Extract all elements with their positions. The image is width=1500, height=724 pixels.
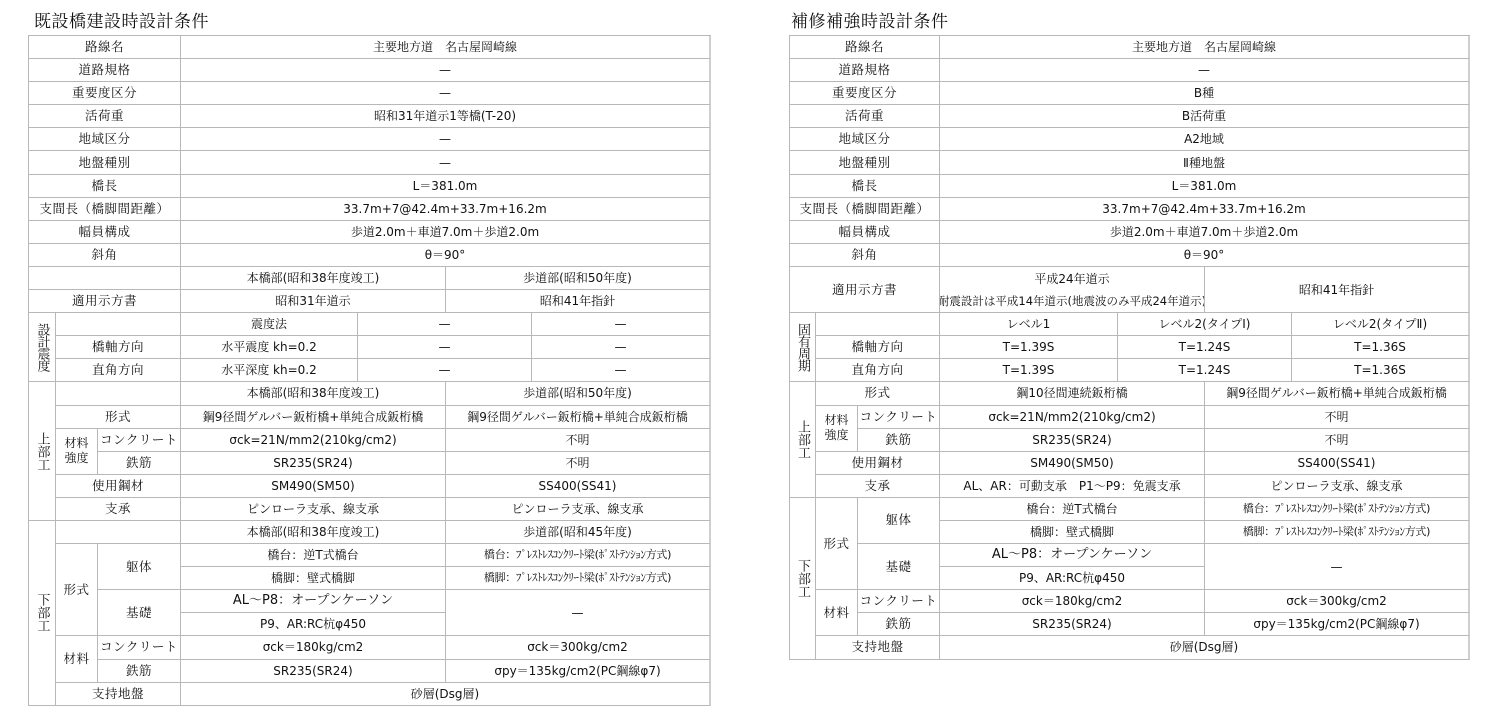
seismic-row-label: 直角方向 xyxy=(56,359,181,382)
row-label: 地域区分 xyxy=(29,128,181,151)
sub-rebar-label: 鉄筋 xyxy=(858,613,940,636)
row-value: 歩道2.0m＋車道7.0m＋歩道2.0m xyxy=(940,221,1470,244)
seismic-group-label: 設計震度 xyxy=(29,313,56,382)
main-bridge-header: 本橋部(昭和38年度竣工) xyxy=(181,267,446,290)
row-value: θ＝90° xyxy=(940,244,1470,267)
sub-concrete-main: σck＝180kg/cm2 xyxy=(940,590,1205,613)
super-type-main: 鋼9径間ゲルバー鈑桁橋+単純合成鈑桁橋 xyxy=(181,406,446,429)
body-main: 橋脚：壁式橋脚 xyxy=(940,521,1205,544)
ground-label: 支持地盤 xyxy=(56,683,181,706)
super-walk-header: 歩道部(昭和50年度) xyxy=(446,382,711,405)
row-value: L＝381.0m xyxy=(940,175,1470,198)
period-header-label xyxy=(816,313,940,336)
bearing-label: 支承 xyxy=(816,475,940,498)
super-type-walk: 鋼9径間ゲルバー鈑桁橋+単純合成鈑桁橋 xyxy=(1205,382,1470,405)
period-value: T=1.24S xyxy=(1118,336,1292,359)
row-value: — xyxy=(181,59,711,82)
foundation-main: P9、AR:RC杭φ450 xyxy=(940,567,1205,590)
bearing-walk: ピンローラ支承、線支承 xyxy=(1205,475,1470,498)
spec-main-line2: 耐震設計は平成14年道示(地震波のみ平成24年道示) xyxy=(940,290,1205,312)
sub-material-label: 材料 xyxy=(816,590,858,636)
steel-main: SM490(SM50) xyxy=(181,475,446,498)
sub-main-header: 本橋部(昭和38年度竣工) xyxy=(181,521,446,544)
period-level2-type1: レベル2(タイプⅠ) xyxy=(1118,313,1292,336)
ground-value: 砂層(Dsg層) xyxy=(940,636,1470,659)
superstructure-group-label: 上部工 xyxy=(790,382,816,497)
left-table-title: 既設橋建設時設計条件 xyxy=(34,11,209,33)
material-strength-label: 材料強度 xyxy=(56,429,98,475)
row-label: 幅員構成 xyxy=(29,221,181,244)
sub-material-label: 材料 xyxy=(56,636,98,682)
period-value: T=1.39S xyxy=(940,336,1118,359)
rebar-main: SR235(SR24) xyxy=(181,452,446,475)
row-value: θ＝90° xyxy=(181,244,711,267)
rebar-main: SR235(SR24) xyxy=(940,429,1205,452)
row-label: 活荷重 xyxy=(29,105,181,128)
right-design-conditions-table: 路線名 主要地方道 名古屋岡崎線 道路規格 — 重要度区分 B種 活荷重 B活荷… xyxy=(789,35,1470,660)
row-label: 路線名 xyxy=(29,36,181,59)
row-value: L＝381.0m xyxy=(181,175,711,198)
empty-cell xyxy=(29,267,181,290)
spec-main: 平成24年道示 耐震設計は平成14年道示(地震波のみ平成24年道示) xyxy=(940,267,1205,313)
seismic-value: — xyxy=(532,359,711,382)
foundation-label: 基礎 xyxy=(858,544,940,590)
period-level2-type2: レベル2(タイプⅡ) xyxy=(1292,313,1470,336)
period-value: T=1.24S xyxy=(1118,359,1292,382)
material-strength-label: 材料強度 xyxy=(816,406,858,452)
spec-walkway: 昭和41年指針 xyxy=(446,290,711,313)
foundation-walk: — xyxy=(1205,544,1470,590)
sub-type-label: 形式 xyxy=(816,498,858,590)
row-label: 地域区分 xyxy=(790,128,940,151)
sub-type-label: 形式 xyxy=(56,544,98,636)
sub-walk-header: 歩道部(昭和45年度) xyxy=(446,521,711,544)
substructure-group-label: 下部工 xyxy=(790,498,816,660)
super-type-main: 鋼10径間連続鈑桁橋 xyxy=(940,382,1205,405)
body-main: 橋台：逆T式橋台 xyxy=(940,498,1205,521)
period-value: T=1.36S xyxy=(1292,359,1470,382)
foundation-main: AL～P8：オープンケーソン xyxy=(181,590,446,613)
seismic-col3: — xyxy=(532,313,711,336)
spec-walkway: 昭和41年指針 xyxy=(1205,267,1470,313)
foundation-main: AL～P8：オープンケーソン xyxy=(940,544,1205,567)
sub-concrete-walk: σck＝300kg/cm2 xyxy=(446,636,711,659)
sub-rebar-main: SR235(SR24) xyxy=(940,613,1205,636)
row-value: — xyxy=(181,82,711,105)
row-value: 33.7m+7@42.4m+33.7m+16.2m xyxy=(940,198,1470,221)
row-value: 33.7m+7@42.4m+33.7m+16.2m xyxy=(181,198,711,221)
rebar-walk: 不明 xyxy=(1205,429,1470,452)
concrete-main: σck=21N/mm2(210kg/cm2) xyxy=(181,429,446,452)
bearing-walk: ピンローラ支承、線支承 xyxy=(446,498,711,521)
seismic-col2: — xyxy=(358,313,532,336)
row-value: B活荷重 xyxy=(940,105,1470,128)
row-label: 橋長 xyxy=(790,175,940,198)
spec-main: 昭和31年道示 xyxy=(181,290,446,313)
body-walk: 橋台：ﾌﾟﾚｽﾄﾚｽｺﾝｸﾘｰﾄ梁(ﾎﾟｽﾄﾃﾝｼｮﾝ方式) xyxy=(446,544,711,567)
steel-walk: SS400(SS41) xyxy=(1205,452,1470,475)
empty-cell xyxy=(56,521,181,544)
seismic-value: 水平深度 kh=0.2 xyxy=(181,359,358,382)
super-type-label: 形式 xyxy=(56,406,181,429)
seismic-value: — xyxy=(358,336,532,359)
natural-period-group-label: 固有周期 xyxy=(790,313,816,382)
period-row-label: 直角方向 xyxy=(816,359,940,382)
sub-concrete-walk: σck＝300kg/cm2 xyxy=(1205,590,1470,613)
body-main: 橋台：逆T式橋台 xyxy=(181,544,446,567)
seismic-value: 水平震度 kh=0.2 xyxy=(181,336,358,359)
rebar-walk: 不明 xyxy=(446,452,711,475)
concrete-label: コンクリート xyxy=(858,406,940,429)
super-main-header: 本橋部(昭和38年度竣工) xyxy=(181,382,446,405)
row-label: 道路規格 xyxy=(790,59,940,82)
substructure-group-label: 下部工 xyxy=(29,521,56,706)
body-walk: 橋台：ﾌﾟﾚｽﾄﾚｽｺﾝｸﾘｰﾄ梁(ﾎﾟｽﾄﾃﾝｼｮﾝ方式) xyxy=(1205,498,1470,521)
body-label: 躯体 xyxy=(98,544,181,590)
period-value: T=1.36S xyxy=(1292,336,1470,359)
walkway-header: 歩道部(昭和50年度) xyxy=(446,267,711,290)
row-value: — xyxy=(940,59,1470,82)
row-label: 幅員構成 xyxy=(790,221,940,244)
sub-concrete-label: コンクリート xyxy=(98,636,181,659)
seismic-header-label xyxy=(56,313,181,336)
foundation-label: 基礎 xyxy=(98,590,181,636)
row-value: — xyxy=(181,151,711,174)
empty-cell xyxy=(56,382,181,405)
seismic-method: 震度法 xyxy=(181,313,358,336)
row-label: 路線名 xyxy=(790,36,940,59)
row-value: — xyxy=(181,128,711,151)
body-walk: 橋脚：ﾌﾟﾚｽﾄﾚｽｺﾝｸﾘｰﾄ梁(ﾎﾟｽﾄﾃﾝｼｮﾝ方式) xyxy=(446,567,711,590)
sub-rebar-label: 鉄筋 xyxy=(98,660,181,683)
concrete-label: コンクリート xyxy=(98,429,181,452)
period-level1: レベル1 xyxy=(940,313,1118,336)
left-design-conditions-table: 路線名 主要地方道 名古屋岡崎線 道路規格 — 重要度区分 — 活荷重 昭和31… xyxy=(28,35,711,706)
sub-rebar-walk: σpy＝135kg/cm2(PC鋼線φ7) xyxy=(1205,613,1470,636)
row-label: 地盤種別 xyxy=(790,151,940,174)
row-label: 支間長（橋脚間距離） xyxy=(29,198,181,221)
seismic-value: — xyxy=(358,359,532,382)
row-value: B種 xyxy=(940,82,1470,105)
sub-rebar-walk: σpy＝135kg/cm2(PC鋼線φ7) xyxy=(446,660,711,683)
body-main: 橋脚：壁式橋脚 xyxy=(181,567,446,590)
period-value: T=1.39S xyxy=(940,359,1118,382)
concrete-walk: 不明 xyxy=(1205,406,1470,429)
period-row-label: 橋軸方向 xyxy=(816,336,940,359)
bearing-label: 支承 xyxy=(56,498,181,521)
row-label: 道路規格 xyxy=(29,59,181,82)
spec-label: 適用示方書 xyxy=(790,267,940,313)
steel-main: SM490(SM50) xyxy=(940,452,1205,475)
ground-label: 支持地盤 xyxy=(816,636,940,659)
body-label: 躯体 xyxy=(858,498,940,544)
row-label: 重要度区分 xyxy=(29,82,181,105)
foundation-walk: — xyxy=(446,590,711,636)
sub-concrete-main: σck＝180kg/cm2 xyxy=(181,636,446,659)
steel-label: 使用鋼材 xyxy=(56,475,181,498)
row-value: A2地域 xyxy=(940,128,1470,151)
seismic-value: — xyxy=(532,336,711,359)
row-value: 歩道2.0m＋車道7.0m＋歩道2.0m xyxy=(181,221,711,244)
sub-concrete-label: コンクリート xyxy=(858,590,940,613)
row-label: 重要度区分 xyxy=(790,82,940,105)
ground-value: 砂層(Dsg層) xyxy=(181,683,711,706)
row-label: 活荷重 xyxy=(790,105,940,128)
steel-walk: SS400(SS41) xyxy=(446,475,711,498)
row-value: 主要地方道 名古屋岡崎線 xyxy=(940,36,1470,59)
row-value: 昭和31年道示1等橋(T-20) xyxy=(181,105,711,128)
concrete-walk: 不明 xyxy=(446,429,711,452)
spec-label: 適用示方書 xyxy=(29,290,181,313)
row-value: Ⅱ種地盤 xyxy=(940,151,1470,174)
super-type-walk: 鋼9径間ゲルバー鈑桁橋+単純合成鈑桁橋 xyxy=(446,406,711,429)
rebar-label: 鉄筋 xyxy=(98,452,181,475)
foundation-main: P9、AR:RC杭φ450 xyxy=(181,613,446,636)
steel-label: 使用鋼材 xyxy=(816,452,940,475)
super-type-label: 形式 xyxy=(816,382,940,405)
concrete-main: σck=21N/mm2(210kg/cm2) xyxy=(940,406,1205,429)
sub-rebar-main: SR235(SR24) xyxy=(181,660,446,683)
row-label: 支間長（橋脚間距離） xyxy=(790,198,940,221)
row-value: 主要地方道 名古屋岡崎線 xyxy=(181,36,711,59)
bearing-main: ピンローラ支承、線支承 xyxy=(181,498,446,521)
bearing-main: AL、AR：可動支承 P1～P9：免震支承 xyxy=(940,475,1205,498)
seismic-row-label: 橋軸方向 xyxy=(56,336,181,359)
row-label: 地盤種別 xyxy=(29,151,181,174)
row-label: 橋長 xyxy=(29,175,181,198)
superstructure-group-label: 上部工 xyxy=(29,382,56,521)
body-walk: 橋脚：ﾌﾟﾚｽﾄﾚｽｺﾝｸﾘｰﾄ梁(ﾎﾟｽﾄﾃﾝｼｮﾝ方式) xyxy=(1205,521,1470,544)
rebar-label: 鉄筋 xyxy=(858,429,940,452)
spec-main-line1: 平成24年道示 xyxy=(1034,268,1109,290)
right-table-title: 補修補強時設計条件 xyxy=(791,11,949,33)
row-label: 斜角 xyxy=(29,244,181,267)
row-label: 斜角 xyxy=(790,244,940,267)
